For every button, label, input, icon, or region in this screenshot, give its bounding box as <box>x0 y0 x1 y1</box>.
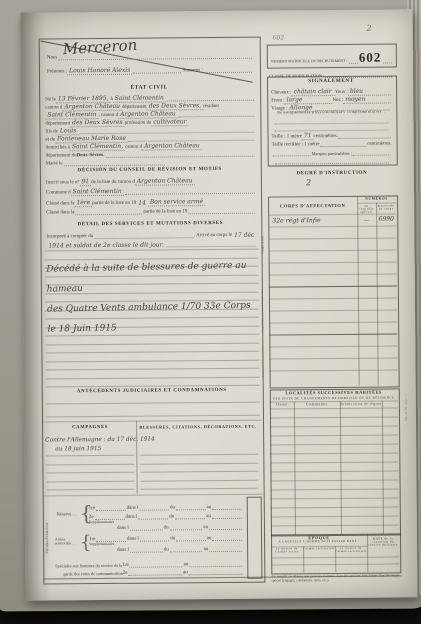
signalement-title: SIGNALEMENT <box>267 78 395 84</box>
surnoms-label: Surnoms : <box>182 68 202 73</box>
au-label: au <box>207 536 212 541</box>
campagnes-entry-hw: Contre l'Allemagne : du 17 déc. 1914 au … <box>45 436 155 455</box>
dans-l-label: dans l <box>127 506 139 511</box>
periodes-side-label: Périodes d'exercices <box>45 500 50 576</box>
au-label: au <box>204 547 209 552</box>
dans-l-label: dans l <box>125 515 137 520</box>
arrive-corps-label: . Arrivé au corps le <box>194 233 232 238</box>
reserve-suppl-label: Supplémentaires <box>89 521 113 525</box>
localites-col-communes: Communes <box>294 403 340 407</box>
degre-title: DEGRÉ D'INSTRUCTION <box>268 170 396 176</box>
periodes-note-column <box>247 497 263 579</box>
dotted <box>348 63 358 64</box>
spec-2e-label: 2e <box>123 571 128 576</box>
side-label-armee-active: Armée active <box>261 209 265 281</box>
taille-rect-label: Taille rectifiée : 1 mètre <box>272 142 320 147</box>
epoque-footnote: Ne remplir ce tableau que pour les homme… <box>271 573 399 583</box>
campagnes-title: CAMPAGNES <box>44 426 136 432</box>
liste-canton-hw: Argenton Château <box>135 178 195 186</box>
death-line2: des Quatre Vents ambulance 1/70 33e Corp… <box>47 296 260 340</box>
speciales-label2: garde des voies de communication <box>63 572 122 577</box>
numeros-sub1: au contrôle spécial <box>357 205 376 214</box>
corner-mark-hw: 2 <box>367 24 372 33</box>
dans-l-label: dans l <box>117 526 129 531</box>
au-label: au <box>206 505 211 510</box>
classe-annee-label: partie de la liste en 19 <box>92 201 136 206</box>
epoque-vline1 <box>303 546 304 572</box>
au-label: au <box>183 570 188 575</box>
liste-canton-label: de la liste du canton d <box>91 180 135 185</box>
classe-label2: Classé dans la <box>46 210 74 215</box>
numeros-header: NUMÉROS <box>357 197 396 201</box>
matricule-box: NUMÉRO MATRICULE DU RECRUTEMENT : 602 <box>267 43 397 68</box>
epoque-date-col: DATE de la cessation du service militair… <box>367 537 399 546</box>
corps-row1-controle-hw: — <box>357 218 376 224</box>
liste-numero-hw: 91 <box>79 179 91 186</box>
corps-header: CORPS D'AFFECTATION <box>268 204 357 209</box>
taille-rect-unit: centimètres. <box>367 141 391 146</box>
classe-label1: Classé dans la <box>46 201 74 206</box>
du-label: du <box>170 505 175 510</box>
au-label: au <box>203 525 208 530</box>
du-label: du <box>170 536 175 541</box>
marie-le-label: Marié le <box>46 161 63 166</box>
du-label: du <box>164 547 169 552</box>
death-line1: Décédé à la suite de blessures de guerre… <box>46 256 259 300</box>
epoque-col2: l'armée territoriale <box>303 548 335 551</box>
reserve-group-label: Réserve…. <box>57 512 77 517</box>
au-label: au <box>206 514 211 519</box>
localites-col-dates: Dates <box>270 403 294 407</box>
degre-value-hw: 2 <box>306 178 311 187</box>
reserve-1re-label: 1re <box>89 506 95 511</box>
fiche-matricule-page: Merceron Nom Prénoms : Louis Honoré Alex… <box>20 9 417 600</box>
commune-hw: Saint Clémentin <box>71 189 124 196</box>
nom-label: Nom <box>47 55 57 60</box>
matricule-annotation-hw: 602 <box>273 34 285 41</box>
numeros-sub2: matricule au corps <box>376 204 396 210</box>
matricule-number: 602 <box>359 50 382 66</box>
corps-row1-unit-hw: 32e régt d'Infie <box>272 217 320 224</box>
classe-annee-label2: partie de la liste en 19 <box>143 209 187 214</box>
dans-l-label: dans l <box>117 548 129 553</box>
du-label: du <box>169 514 174 519</box>
terr-suppl-label: Supplémentaires <box>89 543 113 547</box>
epoque-vline2 <box>335 546 336 572</box>
matricule-label: NUMÉRO MATRICULE DU RECRUTEMENT : <box>271 60 348 64</box>
side-label-territoriale: Armée territoriale et sa réserve <box>262 339 265 385</box>
corps-row1-matricule-hw: 6990 <box>376 215 396 222</box>
epoque-col3: la réserve de l'armée territoriale <box>335 548 367 554</box>
epoque-col1: la réserve de l'armée active <box>271 548 303 554</box>
campagne-line1: Contre l'Allemagne : du 17 déc. 1914 <box>45 436 155 446</box>
du-label: du <box>164 525 169 530</box>
side-label-reserve: Disponibilité et réserve de l'armée acti… <box>262 289 265 333</box>
commune-label: Commune d <box>46 190 71 195</box>
incorpore-label: Incorporé à compter du <box>46 234 93 239</box>
printer-imprint: — Imp. et lith. milit. — <box>404 309 409 509</box>
dans-l-label: dans l <box>127 537 139 542</box>
prenoms-handwritten: Louis Honoré Alexis <box>67 68 132 76</box>
localites-col-subdivision: Subdivision de région <box>340 403 382 407</box>
prenoms-label: Prénoms : <box>47 69 67 74</box>
dotted <box>382 62 392 63</box>
territoriale-group-label: Armée territoriale… <box>55 538 83 546</box>
campagne-line2: au 18 juin 1915 <box>45 445 155 455</box>
death-entry-handwritten: Décédé à la suite de blessures de guerre… <box>46 256 259 340</box>
soldat-classe-hw: 1914 et soldat de 2e classe le dit jour. <box>46 242 165 249</box>
inscrit-label: Inscrit sous le n° <box>46 180 80 185</box>
